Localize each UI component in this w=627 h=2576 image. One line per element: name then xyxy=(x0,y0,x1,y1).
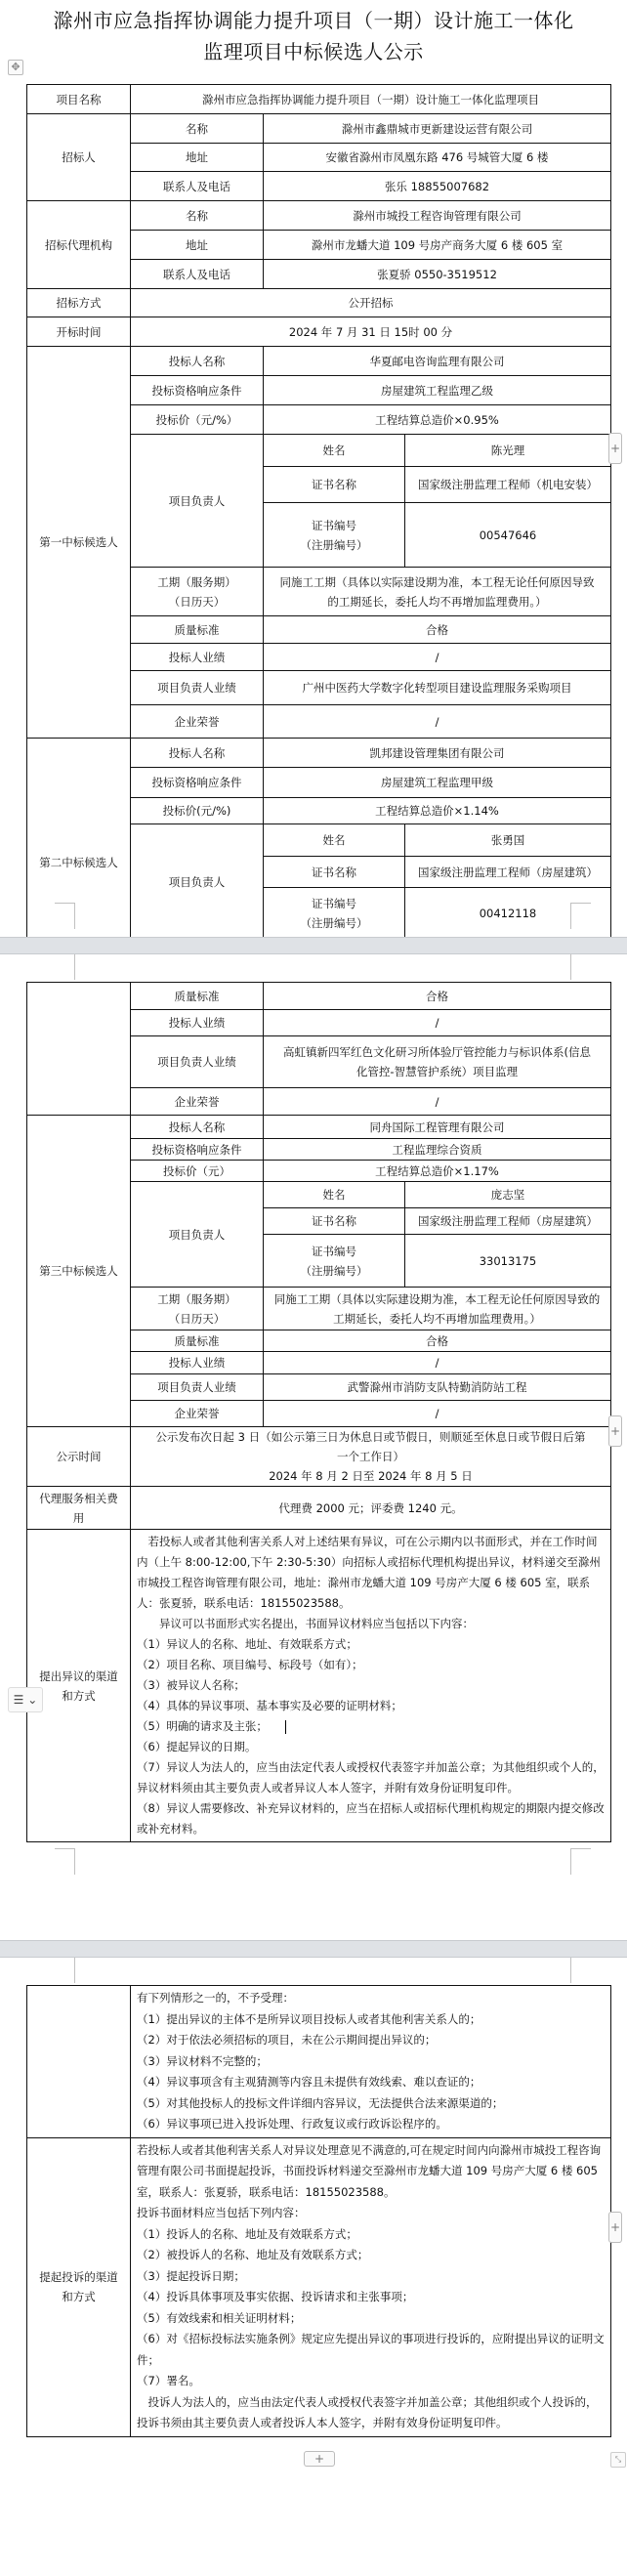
c3-label-cert-no-1: 证书编号 xyxy=(268,1242,400,1261)
value-objection: 若投标人或者其他利害关系人对上述结果有异议，可在公示期内以书面形式，并在工作时间… xyxy=(131,1530,611,1842)
c3-bidder: 同舟国际工程管理有限公司 xyxy=(264,1116,611,1139)
page-separator xyxy=(0,1940,627,1958)
row-rejection: 有下列情形之一的，不予受理： （1）提出异议的主体不是所异议项目投标人或者其他利… xyxy=(27,1986,611,2138)
complaint-paragraph: 若投标人或者其他利害关系人对异议处理意见不满意的,可在规定时间内向滁州市城投工程… xyxy=(137,2140,605,2204)
table-resize-handle-icon[interactable]: ⤡ xyxy=(610,2452,626,2468)
c1-label-cert-name: 证书名称 xyxy=(264,467,405,503)
complaint-intro: 投诉书面材料应当包括下列内容： xyxy=(137,2203,605,2224)
value-agency-contact: 张夏骄 0550-3519512 xyxy=(264,260,611,289)
c2-label-cert-name: 证书名称 xyxy=(264,857,405,888)
margin-mark xyxy=(570,903,591,929)
c3-bidder-perf: / xyxy=(264,1352,611,1374)
c1-cert-name: 国家级注册监理工程师（机电安装） xyxy=(405,467,611,503)
value-method: 公开招标 xyxy=(131,289,611,317)
c2-manager-perf-1: 高虹镇新四军红色文化研习所体验厅管控能力与标识体系(信息 xyxy=(268,1042,606,1062)
c1-label-manager-perf: 项目负责人业绩 xyxy=(131,671,264,705)
objection-item: （5）明确的请求及主张； xyxy=(137,1719,268,1733)
label-objection-1: 提出异议的渠道 xyxy=(31,1667,126,1686)
margin-mark xyxy=(55,954,75,980)
c3-quality: 合格 xyxy=(264,1330,611,1352)
c3-period-2: 工期延长，委托人均不再增加监理费用。） xyxy=(268,1309,606,1329)
label-project-name: 项目名称 xyxy=(27,85,131,114)
c2-label-manager-perf: 项目负责人业绩 xyxy=(131,1036,264,1088)
bid-table-page-1: 项目名称 滁州市应急指挥协调能力提升项目（一期）设计施工一体化监理项目 招标人 … xyxy=(26,84,611,987)
row-opening-time: 开标时间 2024 年 7 月 31 日 15时 00 分 xyxy=(27,317,611,347)
c1-label-cert-no-2: （注册编号） xyxy=(268,535,400,555)
value-agency-address: 滁州市龙蟠大道 109 号房产商务大厦 6 楼 605 室 xyxy=(264,231,611,260)
c3-row-bidder: 第三中标候选人 投标人名称 同舟国际工程管理有限公司 xyxy=(27,1116,611,1139)
label-agency-contact: 联系人及电话 xyxy=(131,260,264,289)
c2-label-honor: 企业荣誉 xyxy=(131,1088,264,1116)
c1-period: 同施工工期（具体以实际建设期为准，本工程无论任何原因导致的工期延长，委托人均不再… xyxy=(264,568,611,616)
publicity-line-2: 一个工作日） xyxy=(135,1447,606,1466)
page-2: 质量标准 合格 投标人业绩 / 项目负责人业绩 高虹镇新四军红色文化研习所体验厅… xyxy=(0,954,627,1940)
row-complaint: 提起投诉的渠道和方式 若投标人或者其他利害关系人对异议处理意见不满意的,可在规定… xyxy=(27,2137,611,2436)
value-project-name: 滁州市应急指挥协调能力提升项目（一期）设计施工一体化监理项目 xyxy=(131,85,611,114)
c3-label-bidder: 投标人名称 xyxy=(131,1116,264,1139)
page-separator xyxy=(0,937,627,954)
c1-manager-name: 陈光理 xyxy=(405,435,611,467)
complaint-item: （4）投诉具体事项及事实依据、投诉请求和主张事项； xyxy=(137,2287,605,2308)
value-publicity: 公示发布次日起 3 日（如公示第三日为休息日或节假日，则顺延至休息日或节假日后第… xyxy=(131,1427,611,1487)
bid-table-page-3: 有下列情形之一的，不予受理： （1）提出异议的主体不是所异议项目投标人或者其他利… xyxy=(26,1985,611,2437)
label-fees-2: 用 xyxy=(31,1508,126,1528)
c3-label-price: 投标价（元） xyxy=(131,1161,264,1182)
c2-manager-perf: 高虹镇新四军红色文化研习所体验厅管控能力与标识体系(信息化管控-智慧管护系统）项… xyxy=(264,1036,611,1088)
c3-label-period: 工期（服务期）（日历天） xyxy=(131,1288,264,1330)
c2-price: 工程结算总造价×1.14% xyxy=(264,798,611,824)
c2-continued-label-cell xyxy=(27,983,131,1116)
add-row-button[interactable]: + xyxy=(304,2451,335,2467)
rejection-item: （2）对于依法必须招标的项目，未在公示期间提出异议的； xyxy=(137,2030,605,2051)
c3-cert-name: 国家级注册监理工程师（房屋建筑） xyxy=(405,1208,611,1235)
label-method: 招标方式 xyxy=(27,289,131,317)
c2-label-manager: 项目负责人 xyxy=(131,824,264,940)
document-title-line-2: 监理项目中标候选人公示 xyxy=(0,37,627,66)
label-tenderer-contact: 联系人及电话 xyxy=(131,172,264,201)
rejection-item: （5）对其他投标人的投标文件详细内容异议，无法提供合法来源渠道的； xyxy=(137,2093,605,2115)
c2-cert-name: 国家级注册监理工程师（房屋建筑） xyxy=(405,857,611,888)
rejection-intro: 有下列情形之一的，不予受理： xyxy=(137,1988,605,2009)
c3-manager-perf: 武警滁州市消防支队特勤消防站工程 xyxy=(264,1374,611,1401)
label-fees-1: 代理服务相关费 xyxy=(31,1489,126,1508)
objection-item-with-caret[interactable]: （5）明确的请求及主张； xyxy=(137,1716,605,1737)
c1-qualification: 房屋建筑工程监理乙级 xyxy=(264,376,611,405)
value-fees: 代理费 2000 元；评委费 1240 元。 xyxy=(131,1487,611,1530)
c2-quality: 合格 xyxy=(264,983,611,1010)
row-tool-menu-icon[interactable]: ☰ ⌄ xyxy=(8,1687,43,1712)
c2-row-quality: 质量标准 合格 xyxy=(27,983,611,1010)
label-candidate-1: 第一中标候选人 xyxy=(27,347,131,739)
value-tenderer-name: 滁州市鑫鼎城市更新建设运营有限公司 xyxy=(264,114,611,144)
c3-label-cert-no: 证书编号（注册编号） xyxy=(264,1235,405,1288)
complaint-closing: 投诉人为法人的，应当由法定代表人或授权代表签字并加盖公章；其他组织或个人投诉的，… xyxy=(137,2392,605,2434)
row-agency-name: 招标代理机构 名称 滁州市城投工程咨询管理有限公司 xyxy=(27,201,611,231)
c1-bidder-perf: / xyxy=(264,644,611,671)
add-column-button[interactable]: + xyxy=(608,2212,622,2243)
bid-table-page-2: 质量标准 合格 投标人业绩 / 项目负责人业绩 高虹镇新四军红色文化研习所体验厅… xyxy=(26,982,611,1842)
rejection-item: （3）异议材料不完整的； xyxy=(137,2051,605,2073)
c2-label-bidder: 投标人名称 xyxy=(131,739,264,768)
label-objection: 提出异议的渠道和方式 xyxy=(27,1530,131,1842)
add-column-button[interactable]: + xyxy=(608,1415,622,1447)
c3-honor: / xyxy=(264,1401,611,1427)
label-tenderer: 招标人 xyxy=(27,114,131,201)
c3-label-period-1: 工期（服务期） xyxy=(135,1289,259,1309)
c3-period: 同施工工期（具体以实际建设期为准，本工程无论任何原因导致的工期延长，委托人均不再… xyxy=(264,1288,611,1330)
rejection-item: （1）提出异议的主体不是所异议项目投标人或者其他利害关系人的； xyxy=(137,2009,605,2031)
table-move-handle-icon[interactable]: ✥ xyxy=(8,60,23,75)
c1-label-bidder: 投标人名称 xyxy=(131,347,264,376)
c1-row-bidder: 第一中标候选人 投标人名称 华夏邮电咨询监理有限公司 xyxy=(27,347,611,376)
objection-item: （2）项目名称、项目编号、标段号（如有）； xyxy=(137,1655,605,1675)
c1-price: 工程结算总造价×0.95% xyxy=(264,405,611,435)
objection-item: （8）异议人需要修改、补充异议材料的，应当在招标人或招标代理机构规定的期限内提交… xyxy=(137,1798,605,1839)
c1-quality: 合格 xyxy=(264,616,611,644)
c1-label-honor: 企业荣誉 xyxy=(131,705,264,739)
c2-manager-perf-2: 化管控-智慧管护系统）项目监理 xyxy=(268,1062,606,1081)
row-publicity: 公示时间 公示发布次日起 3 日（如公示第三日为休息日或节假日，则顺延至休息日或… xyxy=(27,1427,611,1487)
label-agency-name: 名称 xyxy=(131,201,264,231)
c3-label-qualification: 投标资格响应条件 xyxy=(131,1139,264,1161)
c3-label-manager: 项目负责人 xyxy=(131,1182,264,1288)
label-agency-address: 地址 xyxy=(131,231,264,260)
c1-label-cert-no-1: 证书编号 xyxy=(268,516,400,535)
add-column-button[interactable]: + xyxy=(608,433,622,464)
c1-label-quality: 质量标准 xyxy=(131,616,264,644)
margin-mark xyxy=(55,1958,75,1983)
objection-item: （7）异议人为法人的，应当由法定代表人或授权代表签字并加盖公章；为其他组织或个人… xyxy=(137,1757,605,1798)
c1-label-manager: 项目负责人 xyxy=(131,435,264,568)
objection-paragraph: 若投标人或者其他利害关系人对上述结果有异议，可在公示期内以书面形式，并在工作时间… xyxy=(137,1532,605,1614)
c2-label-qualification: 投标资格响应条件 xyxy=(131,768,264,798)
c2-row-bidder: 第二中标候选人 投标人名称 凯邦建设管理集团有限公司 xyxy=(27,739,611,768)
objection-item: （1）异议人的名称、地址、有效联系方式； xyxy=(137,1634,605,1655)
c1-label-price: 投标价（元/%） xyxy=(131,405,264,435)
label-opening-time: 开标时间 xyxy=(27,317,131,347)
c2-qualification: 房屋建筑工程监理甲级 xyxy=(264,768,611,798)
publicity-line-3: 2024 年 8 月 2 日至 2024 年 8 月 5 日 xyxy=(135,1466,606,1486)
c2-manager-name: 张勇国 xyxy=(405,824,611,857)
c2-label-quality: 质量标准 xyxy=(131,983,264,1010)
label-publicity: 公示时间 xyxy=(27,1427,131,1487)
c3-cert-no: 33013175 xyxy=(405,1235,611,1288)
complaint-item: （3）提起投诉日期； xyxy=(137,2266,605,2288)
rejection-item: （6）异议事项已进入投诉处理、行政复议或行政诉讼程序的。 xyxy=(137,2114,605,2135)
complaint-item: （6）对《招标投标法实施条例》规定应先提出异议的事项进行投诉的，应附提出异议的证… xyxy=(137,2329,605,2371)
value-tenderer-address: 安徽省滁州市凤凰东路 476 号城管大厦 6 楼 xyxy=(264,144,611,172)
objection-item: （3）被异议人名称； xyxy=(137,1675,605,1696)
c3-label-honor: 企业荣誉 xyxy=(131,1401,264,1427)
label-complaint-2: 和方式 xyxy=(31,2287,126,2306)
page-1: 滁州市应急指挥协调能力提升项目（一期）设计施工一体化 监理项目中标候选人公示 ✥… xyxy=(0,0,627,937)
label-agency: 招标代理机构 xyxy=(27,201,131,289)
c1-label-bidder-perf: 投标人业绩 xyxy=(131,644,264,671)
c1-cert-no: 00547646 xyxy=(405,503,611,568)
value-agency-name: 滁州市城投工程咨询管理有限公司 xyxy=(264,201,611,231)
label-complaint: 提起投诉的渠道和方式 xyxy=(27,2137,131,2436)
page-3: 有下列情形之一的，不予受理： （1）提出异议的主体不是所异议项目投标人或者其他利… xyxy=(0,1958,627,2576)
c3-manager-name: 庞志坚 xyxy=(405,1182,611,1208)
c1-period-1: 同施工工期（具体以实际建设期为准，本工程无论任何原因导致 xyxy=(268,572,606,592)
label-rejection-empty xyxy=(27,1986,131,2138)
c3-label-quality: 质量标准 xyxy=(131,1330,264,1352)
row-method: 招标方式 公开招标 xyxy=(27,289,611,317)
c1-label-period-1: 工期（服务期） xyxy=(135,572,259,592)
c2-bidder-perf: / xyxy=(264,1010,611,1036)
label-tenderer-address: 地址 xyxy=(131,144,264,172)
c2-label-cert-no-1: 证书编号 xyxy=(268,894,400,913)
c2-label-bidder-perf: 投标人业绩 xyxy=(131,1010,264,1036)
c3-label-person-name: 姓名 xyxy=(264,1182,405,1208)
c2-honor: / xyxy=(264,1088,611,1116)
row-project-name: 项目名称 滁州市应急指挥协调能力提升项目（一期）设计施工一体化监理项目 xyxy=(27,85,611,114)
complaint-item: （2）被投诉人的名称、地址及有效联系方式； xyxy=(137,2245,605,2266)
margin-mark xyxy=(55,903,75,929)
margin-mark xyxy=(570,954,591,980)
label-candidate-3: 第三中标候选人 xyxy=(27,1116,131,1427)
c1-label-period: 工期（服务期）（日历天） xyxy=(131,568,264,616)
c3-label-bidder-perf: 投标人业绩 xyxy=(131,1352,264,1374)
complaint-item: （5）有效线索和相关证明材料； xyxy=(137,2308,605,2330)
row-tenderer-name: 招标人 名称 滁州市鑫鼎城市更新建设运营有限公司 xyxy=(27,114,611,144)
c3-label-cert-no-2: （注册编号） xyxy=(268,1261,400,1281)
c1-bidder: 华夏邮电咨询监理有限公司 xyxy=(264,347,611,376)
c2-label-cert-no-2: （注册编号） xyxy=(268,913,400,933)
label-tenderer-name: 名称 xyxy=(131,114,264,144)
c3-qualification: 工程监理综合资质 xyxy=(264,1139,611,1161)
c1-manager-perf: 广州中医药大学数字化转型项目建设监理服务采购项目 xyxy=(264,671,611,705)
c2-bidder: 凯邦建设管理集团有限公司 xyxy=(264,739,611,768)
objection-item: （6）提起异议的日期。 xyxy=(137,1737,605,1757)
c3-period-1: 同施工工期（具体以实际建设期为准，本工程无论任何原因导致的 xyxy=(268,1289,606,1309)
c2-label-person-name: 姓名 xyxy=(264,824,405,857)
c3-price: 工程结算总造价×1.17% xyxy=(264,1161,611,1182)
c3-label-period-2: （日历天） xyxy=(135,1309,259,1329)
objection-item: （4）具体的异议事项、基本事实及必要的证明材料； xyxy=(137,1696,605,1716)
complaint-item: （1）投诉人的名称、地址及有效联系方式； xyxy=(137,2224,605,2246)
row-fees: 代理服务相关费用 代理费 2000 元；评委费 1240 元。 xyxy=(27,1487,611,1530)
text-cursor xyxy=(285,1720,286,1734)
value-rejection: 有下列情形之一的，不予受理： （1）提出异议的主体不是所异议项目投标人或者其他利… xyxy=(131,1986,611,2138)
c1-label-qualification: 投标资格响应条件 xyxy=(131,376,264,405)
value-complaint: 若投标人或者其他利害关系人对异议处理意见不满意的,可在规定时间内向滁州市城投工程… xyxy=(131,2137,611,2436)
margin-mark xyxy=(570,1848,591,1875)
c3-label-cert-name: 证书名称 xyxy=(264,1208,405,1235)
objection-intro: 异议可以书面形式实名提出，书面异议材料应当包括以下内容： xyxy=(137,1614,605,1634)
label-complaint-1: 提起投诉的渠道 xyxy=(31,2267,126,2287)
label-objection-2: 和方式 xyxy=(31,1686,126,1706)
value-tenderer-contact: 张乐 18855007682 xyxy=(264,172,611,201)
c1-honor: / xyxy=(264,705,611,739)
label-fees: 代理服务相关费用 xyxy=(27,1487,131,1530)
publicity-line-1: 公示发布次日起 3 日（如公示第三日为休息日或节假日，则顺延至休息日或节假日后第 xyxy=(135,1427,606,1447)
c1-label-cert-no: 证书编号（注册编号） xyxy=(264,503,405,568)
c1-label-person-name: 姓名 xyxy=(264,435,405,467)
margin-mark xyxy=(570,1958,591,1983)
row-objection: 提出异议的渠道和方式 若投标人或者其他利害关系人对上述结果有异议，可在公示期内以… xyxy=(27,1530,611,1842)
c1-period-2: 的工期延长，委托人均不再增加监理费用。） xyxy=(268,592,606,612)
c2-label-cert-no: 证书编号（注册编号） xyxy=(264,888,405,940)
c3-label-manager-perf: 项目负责人业绩 xyxy=(131,1374,264,1401)
value-opening-time: 2024 年 7 月 31 日 15时 00 分 xyxy=(131,317,611,347)
document-title-line-1: 滁州市应急指挥协调能力提升项目（一期）设计施工一体化 xyxy=(0,6,627,35)
c1-label-period-2: （日历天） xyxy=(135,592,259,612)
c2-label-price: 投标价(元/%) xyxy=(131,798,264,824)
margin-mark xyxy=(55,1848,75,1875)
rejection-item: （4）异议事项含有主观猜测等内容且未提供有效线索、难以查证的； xyxy=(137,2072,605,2093)
complaint-item: （7）署名。 xyxy=(137,2371,605,2392)
